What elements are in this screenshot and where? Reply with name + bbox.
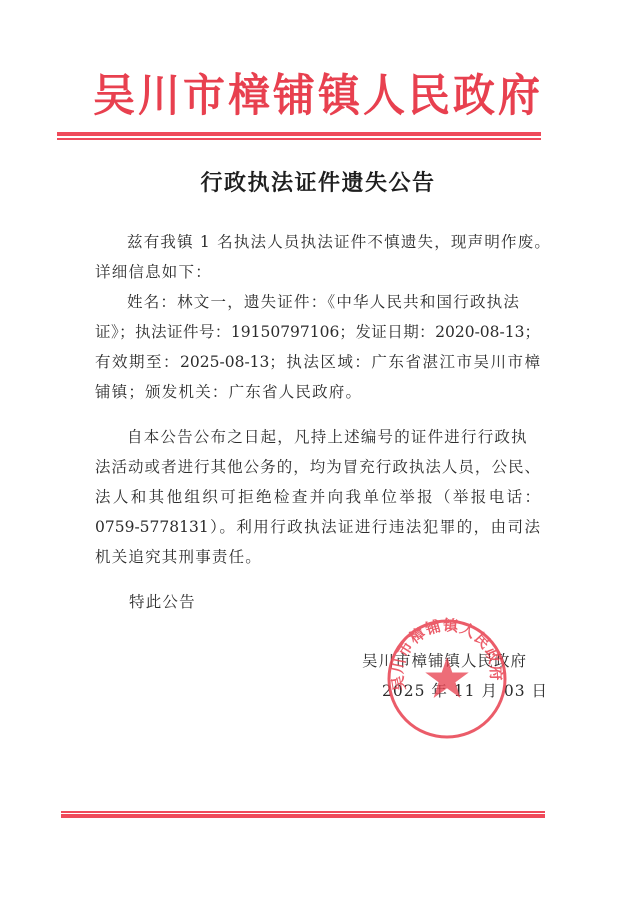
body-line-11: 机关追究其刑事责任。	[95, 542, 262, 572]
document-title: 行政执法证件遗失公告	[0, 168, 636, 198]
official-seal: 吴川市樟铺镇人民政府	[385, 617, 509, 741]
letterhead-rule-thin	[57, 138, 541, 140]
letterhead-rule-thick	[57, 132, 541, 136]
body-line-1: 兹有我镇 1 名执法人员执法证件不慎遗失，现声明作废。	[127, 227, 551, 257]
body-line-6: 铺镇；颁发机关：广东省人民政府。	[95, 377, 362, 407]
body-line-7: 自本公告公布之日起，凡持上述编号的证件进行行政执	[127, 422, 528, 452]
closing-line: 特此公告	[129, 587, 196, 617]
body-line-9: 法人和其他组织可拒绝检查并向我单位举报（举报电话：	[95, 482, 540, 512]
body-line-5: 有效期至：2025-08-13；执法区域：广东省湛江市吴川市樟	[95, 347, 540, 377]
body-line-4: 证》；执法证件号：19150797106；发证日期：2020-08-13；	[95, 317, 540, 347]
footer-rule-thin	[61, 811, 545, 813]
body-line-10: 0759-5778131）。利用行政执法证进行违法犯罪的，由司法	[95, 512, 540, 542]
footer-rule-thick	[61, 814, 545, 818]
letterhead-org-name: 吴川市樟铺镇人民政府	[0, 69, 636, 124]
body-line-3: 姓名：林文一，遗失证件：《中华人民共和国行政执法	[127, 287, 520, 317]
body-line-2: 详细信息如下：	[95, 257, 212, 287]
star-icon	[425, 657, 468, 698]
body-line-8: 法活动或者进行其他公务的，均为冒充行政执法人员，公民、	[95, 452, 540, 482]
